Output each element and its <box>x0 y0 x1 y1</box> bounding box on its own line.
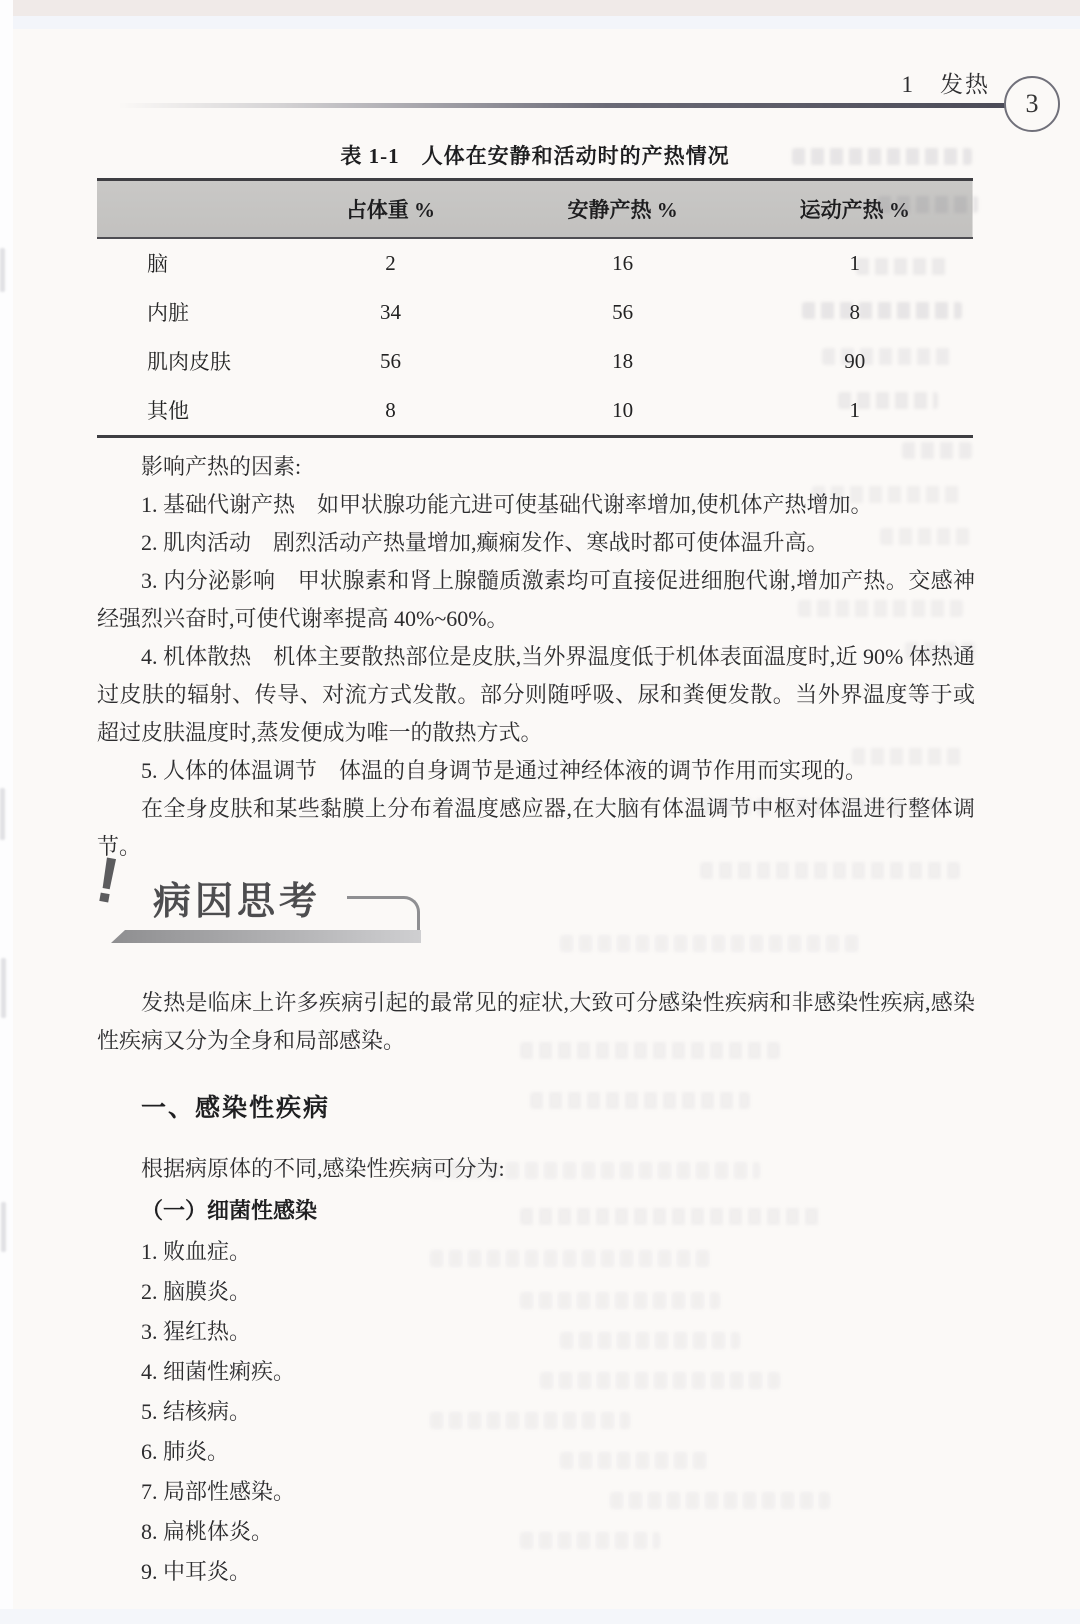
bleedthrough-mark <box>798 600 963 617</box>
scan-edge-mark <box>1 958 6 1018</box>
cell: 56 <box>272 337 509 386</box>
bleedthrough-mark <box>792 148 972 165</box>
bleedthrough-mark <box>700 862 960 879</box>
bleedthrough-mark <box>902 442 972 459</box>
bleedthrough-mark <box>520 1208 820 1225</box>
list-item: 9. 中耳炎。 <box>97 1552 975 1592</box>
bleedthrough-mark <box>430 1412 630 1429</box>
bleedthrough-mark <box>838 392 938 409</box>
row-label: 内脏 <box>97 288 272 337</box>
bleedthrough-mark <box>530 1092 750 1109</box>
list-item: 3. 猩红热。 <box>97 1312 975 1352</box>
row-label: 其他 <box>97 386 272 437</box>
section-heading-etiology: ! 病因思考 <box>97 852 437 952</box>
book-page: 1 发热 3 表 1-1 人体在安静和活动时的产热情况 占体重 % 安静产热 %… <box>0 0 1080 1624</box>
col-header-empty <box>97 180 272 238</box>
list-item: 6. 肺炎。 <box>97 1432 975 1472</box>
table-header-row: 占体重 % 安静产热 % 运动产热 % <box>97 180 973 238</box>
table-row: 脑 2 16 1 <box>97 238 973 288</box>
bleedthrough-mark <box>540 1372 780 1389</box>
bleedthrough-mark <box>560 935 860 952</box>
bleedthrough-mark <box>520 1292 720 1309</box>
bleedthrough-mark <box>905 642 975 659</box>
list-item: 4. 细菌性痢疾。 <box>97 1352 975 1392</box>
bleedthrough-mark <box>560 1332 740 1349</box>
cell: 10 <box>509 386 737 437</box>
bleedthrough-mark <box>520 1532 660 1549</box>
bleedthrough-mark <box>430 1250 710 1267</box>
cell: 34 <box>272 288 509 337</box>
bleedthrough-mark <box>610 1492 830 1509</box>
bleedthrough-mark <box>852 748 962 765</box>
section-title: 病因思考 <box>153 870 321 925</box>
paragraph: 4. 机体散热 机体主要散热部位是皮肤,当外界温度低于机体表面温度时,近 90%… <box>97 638 975 752</box>
paragraph: 影响产热的因素: <box>97 448 975 486</box>
scan-edge-mark <box>0 248 5 292</box>
heading-shadow-bar <box>111 930 421 943</box>
bleedthrough-mark <box>812 486 962 503</box>
subsection-heading-infectious: 一、感染性疾病 <box>141 1088 330 1124</box>
cell: 16 <box>509 238 737 288</box>
list-item: 7. 局部性感染。 <box>97 1472 975 1512</box>
page-number-badge: 3 <box>1004 76 1060 132</box>
bleedthrough-mark <box>880 528 970 545</box>
col-header-rest: 安静产热 % <box>509 180 737 238</box>
running-header-chapter: 1 发热 <box>860 66 990 99</box>
scan-edge-bottom <box>0 1609 1080 1624</box>
bleedthrough-mark <box>560 1452 710 1469</box>
row-label: 肌肉皮肤 <box>97 337 272 386</box>
exclamation-icon: ! <box>92 847 124 914</box>
paragraph: 2. 肌肉活动 剧烈活动产热量增加,癫痫发作、寒战时都可使体温升高。 <box>97 524 975 562</box>
bleedthrough-mark <box>822 348 952 365</box>
col-header-weight: 占体重 % <box>272 180 509 238</box>
scan-edge-top-shade <box>0 16 1080 29</box>
bleedthrough-mark <box>700 798 940 815</box>
header-rule <box>118 103 1008 108</box>
cell: 2 <box>272 238 509 288</box>
scan-edge-mark <box>1 1202 6 1252</box>
bleedthrough-mark <box>430 1162 760 1179</box>
bleedthrough-mark <box>520 1042 780 1059</box>
paragraph: 5. 人体的体温调节 体温的自身调节是通过神经体液的调节作用而实现的。 <box>97 752 975 790</box>
scan-edge-top <box>0 0 1080 16</box>
cell: 56 <box>509 288 737 337</box>
cell: 18 <box>509 337 737 386</box>
bleedthrough-mark <box>856 258 951 275</box>
row-label: 脑 <box>97 238 272 288</box>
bleedthrough-mark <box>878 196 978 213</box>
page-number: 3 <box>1026 89 1039 119</box>
cell: 8 <box>272 386 509 437</box>
bleedthrough-mark <box>802 302 962 319</box>
scan-edge-mark <box>0 788 5 840</box>
